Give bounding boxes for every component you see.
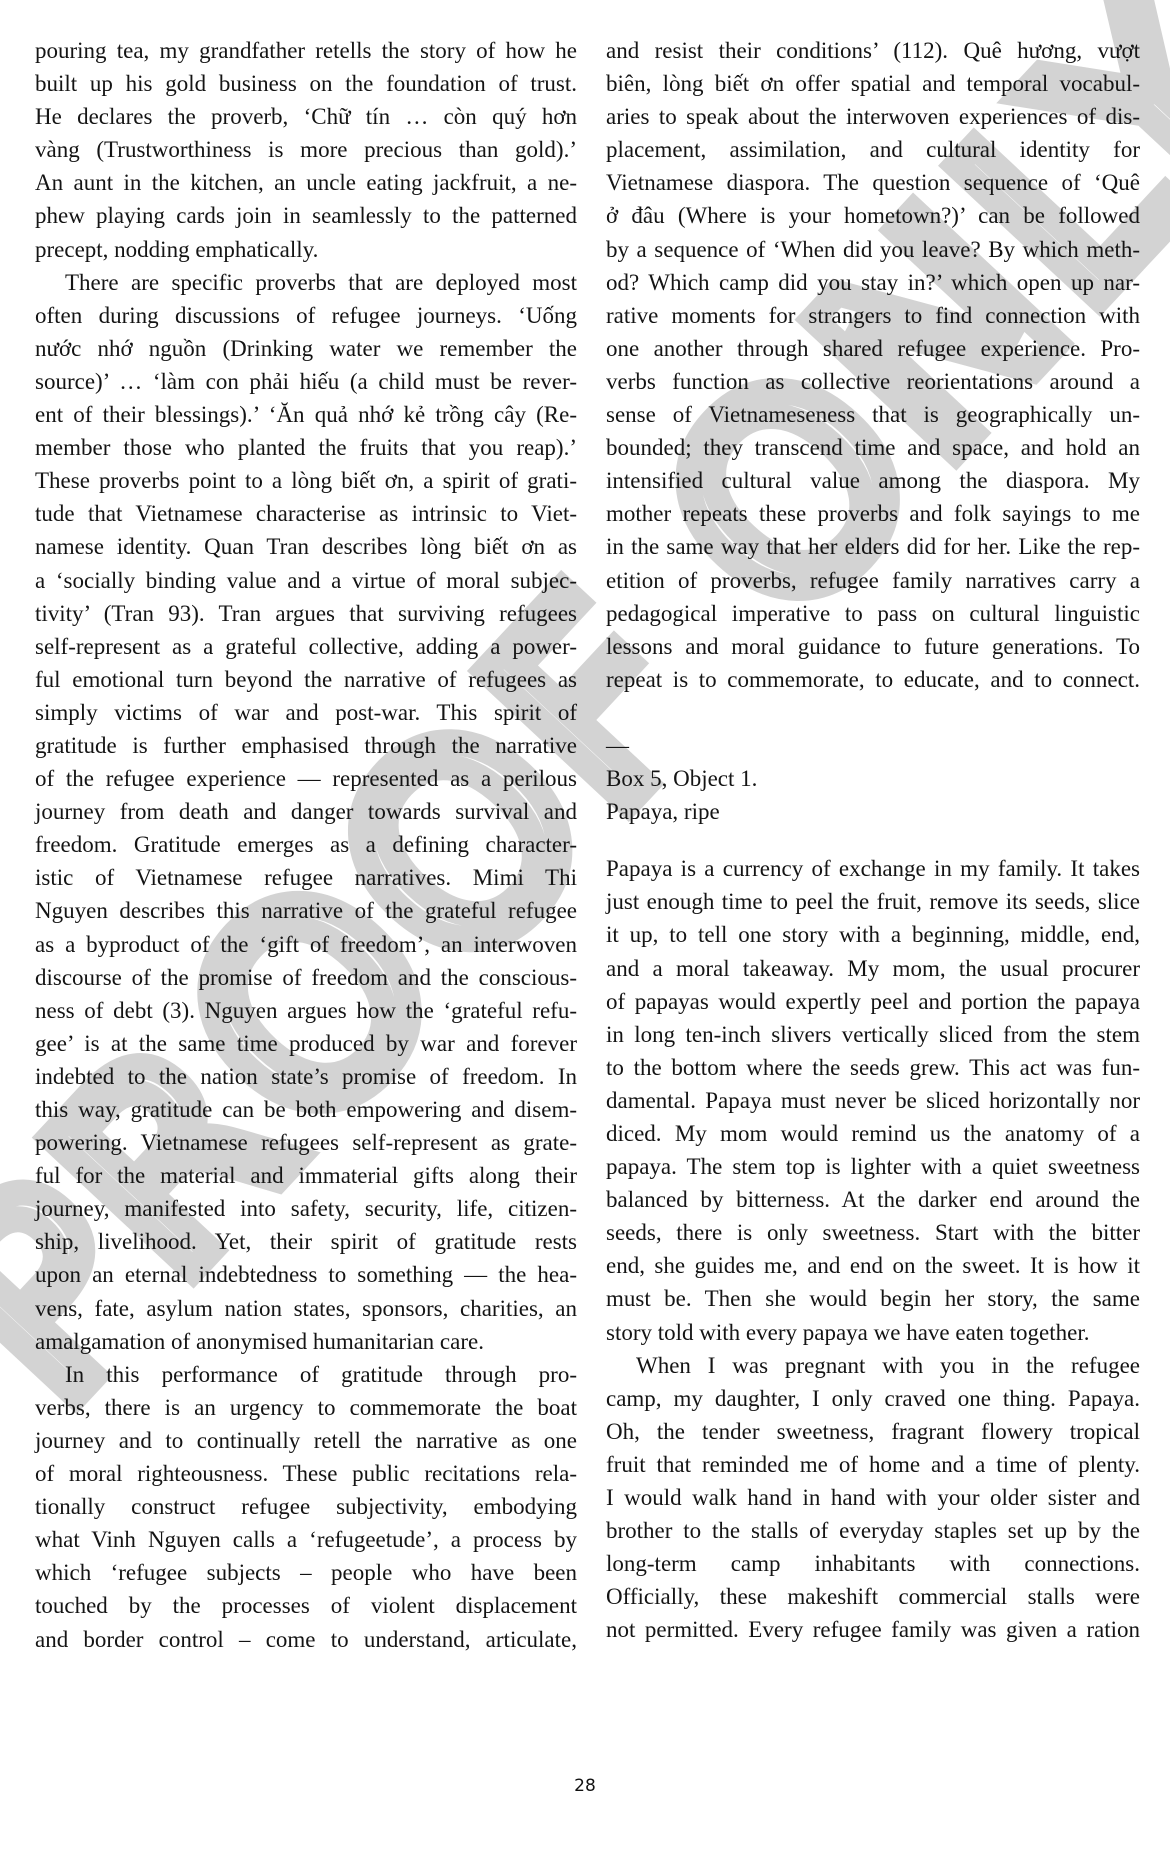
text-line: self-represent as a grateful collective,… <box>35 630 577 663</box>
text-line: repeat is to commemorate, to educate, an… <box>606 663 1140 696</box>
text-line: intensified cultural value among the dia… <box>606 464 1140 497</box>
text-line: this way, gratitude can be both empoweri… <box>35 1093 577 1126</box>
text-line: what Vinh Nguyen calls a ‘refugeetude’, … <box>35 1523 577 1556</box>
text-line: seeds, there is only sweetness. Start wi… <box>606 1216 1140 1249</box>
text-line: and resist their conditions’ (112). Quê … <box>606 34 1140 67</box>
text-line: of papayas would expertly peel and porti… <box>606 985 1140 1018</box>
text-line: as a byproduct of the ‘gift of freedom’,… <box>35 928 577 961</box>
text-line: tude that Vietnamese characterise as int… <box>35 497 577 530</box>
text-line: sense of Vietnameseness that is geograph… <box>606 398 1140 431</box>
text-line: vàng (Trustworthiness is more precious t… <box>35 133 577 166</box>
text-line: of moral righteousness. These public rec… <box>35 1457 577 1490</box>
document-page: PROOF ONLY pouring tea, my grandfather r… <box>0 0 1170 1854</box>
text-line: camp, my daughter, I only craved one thi… <box>606 1382 1140 1415</box>
text-line: I would walk hand in hand with your olde… <box>606 1481 1140 1514</box>
text-line: in long ten-inch slivers vertically slic… <box>606 1018 1140 1051</box>
text-line: Papaya is a currency of exchange in my f… <box>606 852 1140 885</box>
text-line: and border control – come to understand,… <box>35 1623 577 1656</box>
text-line: vens, fate, asylum nation states, sponso… <box>35 1292 577 1325</box>
spacer <box>606 696 1140 729</box>
text-line: ở đâu (Where is your hometown?)’ can be … <box>606 199 1140 232</box>
spacer <box>606 828 1140 852</box>
text-line: it up, to tell one story with a beginnin… <box>606 918 1140 951</box>
text-line: verbs, there is an urgency to commemorat… <box>35 1391 577 1424</box>
text-line: of the refugee experience — represented … <box>35 762 577 795</box>
text-line: discourse of the promise of freedom and … <box>35 961 577 994</box>
text-line: rative moments for strangers to find con… <box>606 299 1140 332</box>
text-line: journey, manifested into safety, securit… <box>35 1192 577 1225</box>
text-line: to the bottom where the seeds grew. This… <box>606 1051 1140 1084</box>
text-line: An aunt in the kitchen, an uncle eating … <box>35 166 577 199</box>
text-line: long-term camp inhabitants with connecti… <box>606 1547 1140 1580</box>
text-line: When I was pregnant with you in the refu… <box>606 1349 1140 1382</box>
text-line: verbs function as collective reorientati… <box>606 365 1140 398</box>
text-line: story told with every papaya we have eat… <box>606 1316 1140 1349</box>
text-line: biên, lòng biết ơn offer spatial and tem… <box>606 67 1140 100</box>
text-line: lessons and moral guidance to future gen… <box>606 630 1140 663</box>
text-line: diced. My mom would remind us the anatom… <box>606 1117 1140 1150</box>
text-line: papaya. The stem top is lighter with a q… <box>606 1150 1140 1183</box>
text-line: These proverbs point to a lòng biết ơn, … <box>35 464 577 497</box>
text-line: In this performance of gratitude through… <box>35 1358 577 1391</box>
object-label: Box 5, Object 1. <box>606 762 1140 795</box>
text-line: Officially, these makeshift commercial s… <box>606 1580 1140 1613</box>
text-line: end, she guides me, and end on the sweet… <box>606 1249 1140 1282</box>
text-line: powering. Vietnamese refugees self-repre… <box>35 1126 577 1159</box>
text-line: od? Which camp did you stay in?’ which o… <box>606 266 1140 299</box>
text-line: source)’ … ‘làm con phải hiếu (a child m… <box>35 365 577 398</box>
text-line: tionally construct refugee subjectivity,… <box>35 1490 577 1523</box>
text-line: journey from death and danger towards su… <box>35 795 577 828</box>
text-line: mother repeats these proverbs and folk s… <box>606 497 1140 530</box>
text-line: must be. Then she would begin her story,… <box>606 1282 1140 1315</box>
text-line: simply victims of war and post-war. This… <box>35 696 577 729</box>
text-line: member those who planted the fruits that… <box>35 431 577 464</box>
text-line: ness of debt (3). Nguyen argues how the … <box>35 994 577 1027</box>
text-line: ent of their blessings).’ ‘Ăn quả nhớ kẻ… <box>35 398 577 431</box>
text-line: balanced by bitterness. At the darker en… <box>606 1183 1140 1216</box>
section-marker: — <box>606 729 1140 762</box>
text-line: built up his gold business on the founda… <box>35 67 577 100</box>
text-line: precept, nodding emphatically. <box>35 233 577 266</box>
text-line: etition of proverbs, refugee family narr… <box>606 564 1140 597</box>
text-line: Oh, the tender sweetness, fragrant flowe… <box>606 1415 1140 1448</box>
text-line: one another through shared refugee exper… <box>606 332 1140 365</box>
text-line: phew playing cards join in seamlessly to… <box>35 199 577 232</box>
text-line: gratitude is further emphasised through … <box>35 729 577 762</box>
text-line: tivity’ (Tran 93). Tran argues that surv… <box>35 597 577 630</box>
text-line: indebted to the nation state’s promise o… <box>35 1060 577 1093</box>
text-line: There are specific proverbs that are dep… <box>35 266 577 299</box>
text-line: a ‘socially binding value and a virtue o… <box>35 564 577 597</box>
text-line: gee’ is at the same time produced by war… <box>35 1027 577 1060</box>
text-line: often during discussions of refugee jour… <box>35 299 577 332</box>
text-line: damental. Papaya must never be sliced ho… <box>606 1084 1140 1117</box>
text-line: placement, assimilation, and cultural id… <box>606 133 1140 166</box>
text-line: touched by the processes of violent disp… <box>35 1589 577 1622</box>
right-column: and resist their conditions’ (112). Quê … <box>606 34 1140 1647</box>
text-line: ful for the material and immaterial gift… <box>35 1159 577 1192</box>
left-column: pouring tea, my grandfather retells the … <box>35 34 577 1656</box>
text-line: which ‘refugee subjects – people who hav… <box>35 1556 577 1589</box>
text-line: amalgamation of anonymised humanitarian … <box>35 1325 577 1358</box>
text-line: brother to the stalls of everyday staple… <box>606 1514 1140 1547</box>
text-line: aries to speak about the interwoven expe… <box>606 100 1140 133</box>
text-line: pedagogical imperative to pass on cultur… <box>606 597 1140 630</box>
essay-paragraph-papaya: Papaya is a currency of exchange in my f… <box>606 852 1140 1646</box>
text-line: Vietnamese diaspora. The question sequen… <box>606 166 1140 199</box>
text-line: He declares the proverb, ‘Chữ tín … còn … <box>35 100 577 133</box>
text-line: upon an eternal indebtedness to somethin… <box>35 1258 577 1291</box>
text-line: istic of Vietnamese refugee narratives. … <box>35 861 577 894</box>
text-line: pouring tea, my grandfather retells the … <box>35 34 577 67</box>
text-line: journey and to continually retell the na… <box>35 1424 577 1457</box>
text-line: nước nhớ nguồn (Drinking water we rememb… <box>35 332 577 365</box>
text-line: not permitted. Every refugee family was … <box>606 1613 1140 1646</box>
text-line: by a sequence of ‘When did you leave? By… <box>606 233 1140 266</box>
essay-paragraph-proverbs: and resist their conditions’ (112). Quê … <box>606 34 1140 696</box>
text-line: just enough time to peel the fruit, remo… <box>606 885 1140 918</box>
text-line: freedom. Gratitude emerges as a defining… <box>35 828 577 861</box>
text-line: in the same way that her elders did for … <box>606 530 1140 563</box>
text-line: ship, livelihood. Yet, their spirit of g… <box>35 1225 577 1258</box>
text-line: Nguyen describes this narrative of the g… <box>35 894 577 927</box>
text-line: ful emotional turn beyond the narrative … <box>35 663 577 696</box>
object-title: Papaya, ripe <box>606 795 1140 828</box>
text-line: namese identity. Quan Tran describes lòn… <box>35 530 577 563</box>
text-line: bounded; they transcend time and space, … <box>606 431 1140 464</box>
text-line: fruit that reminded me of home and a tim… <box>606 1448 1140 1481</box>
text-line: and a moral takeaway. My mom, the usual … <box>606 952 1140 985</box>
page-number: 28 <box>0 1776 1170 1796</box>
